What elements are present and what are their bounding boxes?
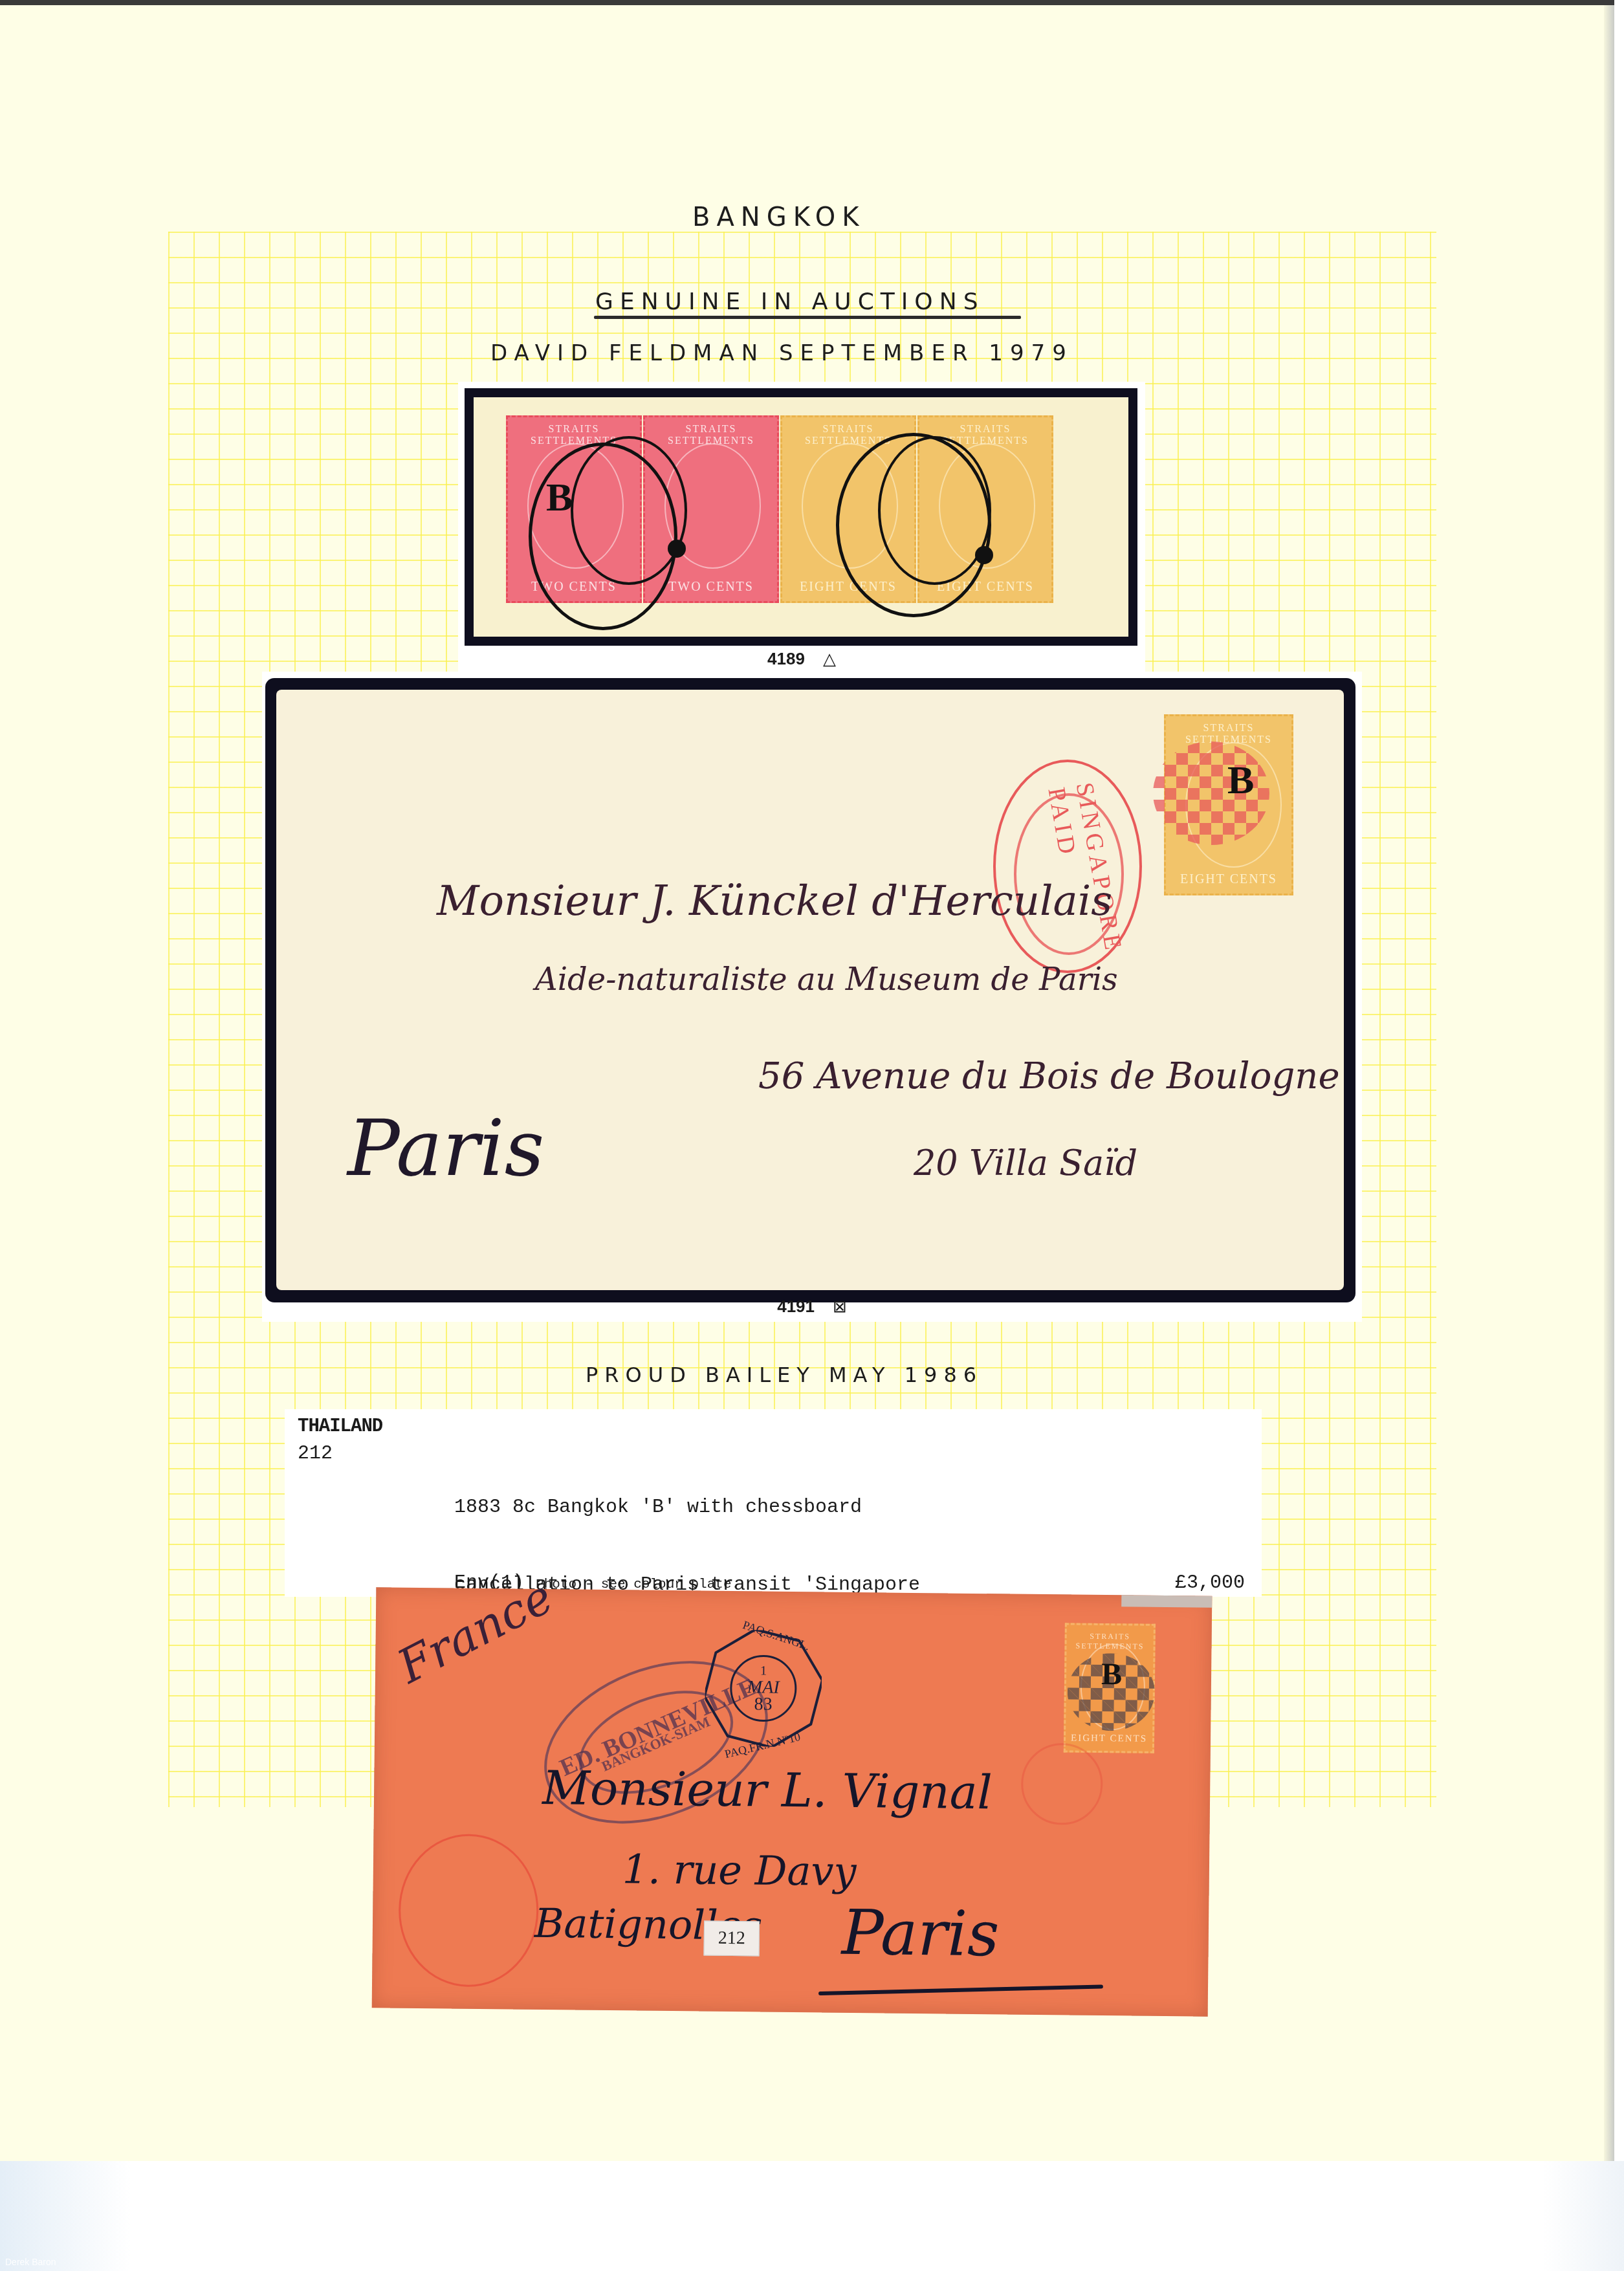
- lot-number: 4191: [777, 1297, 815, 1316]
- catalogue-lot-number: 212: [298, 1443, 333, 1465]
- postmark-inner-2: [878, 436, 991, 585]
- address-line-4: 20 Villa Saïd: [914, 1143, 1137, 1183]
- direction-france: France: [389, 1569, 561, 1694]
- lot-label: 212: [704, 1921, 760, 1957]
- address-city: Paris: [347, 1104, 544, 1194]
- page-edge-shadow: [1604, 5, 1614, 2166]
- address-line-1: Monsieur J. Künckel d'Herculais: [437, 877, 1112, 925]
- piece-symbol-icon: △: [823, 649, 836, 668]
- subtitle-underline: [594, 316, 1021, 319]
- postmark-inner-1: [571, 436, 687, 585]
- auction-heading-feldman: DAVID FELDMAN SEPTEMBER 1979: [490, 340, 1073, 366]
- lot-4189: STRAITS SETTLEMENTS TWO CENTS STRAITS SE…: [458, 382, 1145, 674]
- address-line-1: Monsieur L. Vignal: [542, 1761, 993, 1819]
- postmark-dot-2: [975, 546, 993, 564]
- city-underline: [818, 1984, 1103, 1995]
- postmark-dot-1: [668, 540, 686, 558]
- overprint-b: B: [1101, 1656, 1123, 1692]
- auction-heading-proud-bailey: PROUD BAILEY MAY 1986: [586, 1363, 983, 1387]
- lot-4191: STRAITS SETTLEMENTS EIGHT CENTS B SINGAP…: [262, 672, 1362, 1322]
- album-page: BANGKOK GENUINE IN AUCTIONS DAVID FELDMA…: [0, 0, 1614, 2161]
- cover-to-paris: STRAITS SETTLEMENTS EIGHT CENTS B SINGAP…: [276, 690, 1344, 1290]
- scanner-background: [0, 2161, 1624, 2271]
- address-city: Paris: [841, 1896, 1000, 1971]
- page-subtitle: GENUINE IN AUCTIONS: [595, 289, 985, 315]
- catalogue-description: THAILAND 212 1883 8c Bangkok 'B' with ch…: [285, 1409, 1262, 1597]
- address-line-3: 56 Avenue du Bois de Boulogne: [758, 1055, 1340, 1097]
- transit-date: 1 MAI 83: [737, 1662, 789, 1713]
- lot-caption: 4191⊠: [262, 1297, 1362, 1317]
- cover-symbol-icon: ⊠: [833, 1297, 847, 1316]
- watermark: Derek Baron: [5, 2257, 56, 2267]
- catalogue-country: THAILAND: [298, 1416, 382, 1437]
- page-title: BANGKOK: [692, 203, 865, 232]
- faint-red-postmark: [398, 1834, 539, 1988]
- lot-212-cover: France ED. BONNEVILLE BANGKOK-SIAM 1 MAI…: [372, 1587, 1213, 2016]
- overprint-b: B: [1227, 758, 1254, 804]
- address-line-2: 1. rue Davy: [622, 1845, 857, 1895]
- lot-number: 4189: [767, 649, 805, 668]
- stamp-piece: STRAITS SETTLEMENTS TWO CENTS STRAITS SE…: [474, 397, 1128, 637]
- lot-caption: 4189△: [458, 649, 1145, 669]
- description-line: 1883 8c Bangkok 'B' with chessboard: [454, 1495, 932, 1520]
- address-line-2: Aide-naturaliste au Museum de Paris: [535, 961, 1118, 998]
- catalogue-estimate: £3,000: [1175, 1572, 1245, 1594]
